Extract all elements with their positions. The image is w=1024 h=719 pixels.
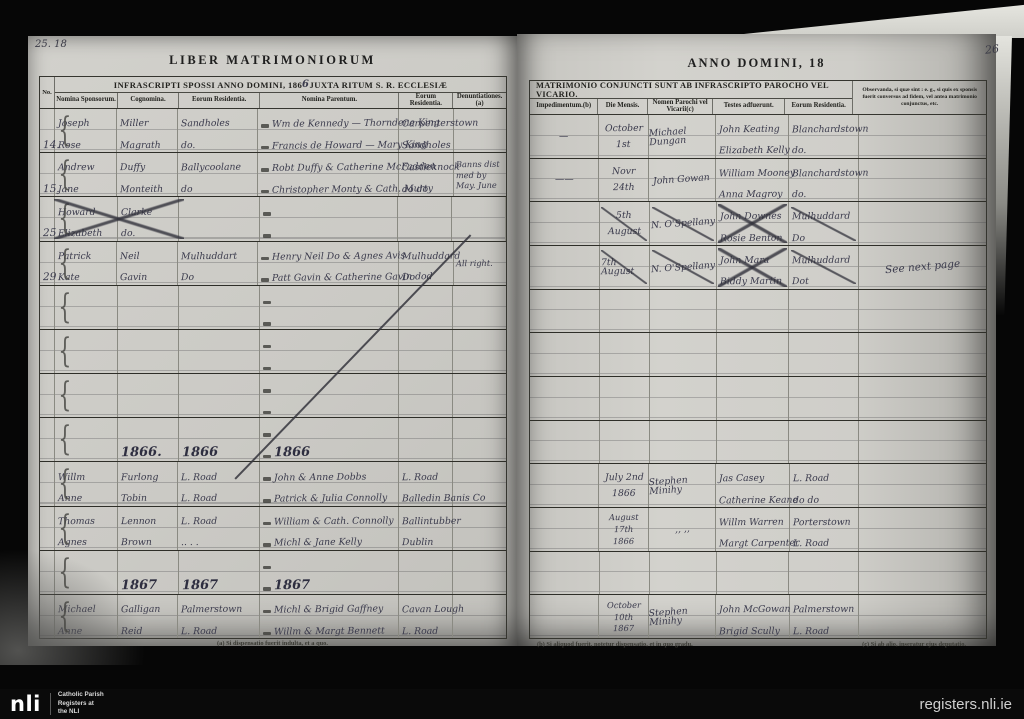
cell-parochus: John Gowan (649, 159, 716, 202)
writing-line: L. Road (790, 617, 858, 638)
entry-text: L. Road (793, 627, 829, 637)
writing-line: Joseph (55, 109, 116, 131)
printed-mark (261, 124, 269, 128)
writing-line (40, 418, 54, 461)
entry-text: N. O'Spellany (650, 260, 715, 274)
writing-line: John McGowan (716, 595, 789, 616)
writing-line: Monteith (117, 175, 176, 197)
cell-testes-residentia: PorterstownL. Road (790, 508, 859, 551)
cell-die-mensis: August17th1866 (599, 508, 649, 551)
register-row-group: 7th AugustN. O'SpellanyJohn MaraBiddy Ma… (530, 246, 986, 290)
entry-text: Palmerstown (181, 605, 242, 615)
register-row-group: { (40, 330, 506, 374)
writing-line: do do (399, 175, 453, 197)
entry-text: Stephen Minihy (649, 605, 716, 628)
writing-line (717, 290, 789, 311)
entry-text: Furlong (121, 472, 159, 482)
register-row-group: ——Novr24thJohn GowanWilliam MooneyAnna M… (530, 159, 986, 203)
writing-line (399, 307, 452, 329)
cell-observanda (859, 508, 986, 551)
printed-mark (263, 566, 271, 570)
entry-text: Do (402, 273, 415, 282)
register-row-group (530, 290, 986, 334)
entry-text: — (559, 132, 568, 141)
cell-die-mensis (600, 552, 650, 595)
cell-testes: William MooneyAnna Magroy (716, 159, 790, 202)
cell-parochus (650, 333, 717, 376)
photo-corner-shadow (0, 545, 150, 665)
cell-residentia: 1867 (179, 551, 261, 594)
entry-text: do do (793, 496, 819, 506)
writing-line: Gavin (117, 263, 176, 285)
writing-line (260, 286, 398, 308)
cell-row-number (40, 330, 55, 373)
writing-line: John Mara (717, 246, 789, 267)
date-lines: 7th August (600, 246, 649, 289)
cell-parentes: John & Anne DobbsPatrick & Julia Connoll… (260, 462, 399, 505)
entry-text: Dot (792, 277, 809, 286)
cell-die-mensis: July 2nd1866 (599, 464, 649, 507)
printed-mark (263, 322, 271, 326)
writing-line (398, 219, 451, 241)
writing-line: Robt Duffy & Catherine McFadden (258, 153, 398, 175)
writing-line: L. Road (178, 616, 258, 638)
printed-mark (263, 543, 271, 547)
denunt-note (453, 507, 506, 550)
writing-line: L. Road (790, 464, 858, 485)
writing-line: Wm de Kennedy — Thorndene King (258, 109, 398, 131)
cell-testes: John KeatingElizabeth Kelly (716, 115, 790, 158)
writing-line (118, 286, 178, 308)
cell-row-number (40, 374, 55, 417)
cell-testes-residentia (789, 333, 859, 376)
cell-observanda (859, 595, 986, 638)
writing-line (260, 374, 398, 396)
writing-line: Palmerstown (178, 595, 258, 617)
cell-observanda (859, 421, 986, 464)
writing-line (717, 442, 789, 463)
entry-text: Thomas (58, 517, 95, 527)
date-lines: July 2nd1866 (599, 464, 648, 507)
entry-text: John McGowan (719, 605, 791, 615)
writing-line (260, 219, 398, 241)
writing-line: Porterstown (790, 508, 858, 529)
date-line: October (605, 123, 643, 133)
date-line: 5th (616, 211, 632, 220)
cell-sponsus (55, 330, 118, 373)
entry-text: Michl & Jane Kelly (274, 538, 362, 548)
writing-line (399, 440, 452, 462)
printed-mark (261, 168, 269, 172)
printed-mark (261, 146, 269, 150)
writing-line: 1867 (179, 572, 260, 594)
column-header: Cognomina. (118, 93, 179, 108)
entry-text: Stephen Minihy (649, 474, 716, 497)
cell-residentia: L. Road.. . . (178, 507, 259, 550)
entry-text: L. Road (181, 494, 217, 504)
impedimentum-mark: — (530, 115, 598, 158)
printed-mark (263, 234, 271, 238)
cell-parentes-residentia (399, 286, 453, 329)
writing-line (55, 418, 117, 440)
date-line: October (607, 601, 641, 610)
writing-line: 25 (40, 197, 54, 240)
writing-line: John Keating (716, 115, 789, 136)
cell-row-number: 29 (40, 242, 55, 285)
writing-line: Elizabeth Kelly (716, 136, 789, 157)
writing-line: Duffy (117, 153, 176, 175)
writing-line (40, 462, 54, 505)
column-header-number: No. (40, 77, 55, 108)
cell-residentia: PalmerstownL. Road (178, 595, 259, 638)
cell-denuntiationes (453, 595, 506, 638)
writing-line (55, 396, 117, 418)
denunt-note (453, 330, 506, 373)
cell-denuntiationes (453, 507, 506, 550)
writing-line: 29 (40, 242, 54, 285)
cell-parentes-residentia (399, 330, 453, 373)
printed-mark (263, 477, 271, 481)
entry-text: L. Road (181, 517, 217, 527)
entry-text: N. O'Spellany (650, 217, 715, 231)
date-lines: October1st (599, 115, 648, 158)
writing-line (717, 355, 789, 376)
entry-text: Margt Carpenter (719, 539, 799, 549)
cell-observanda (859, 333, 986, 376)
cell-parentes (260, 330, 399, 373)
entry-text: do. (792, 190, 806, 199)
writing-line: L. Road (790, 529, 858, 550)
writing-line (118, 307, 178, 329)
writing-line (40, 286, 54, 329)
footnote-c: (c) Si ab alio, inseratur ejus deputatio… (862, 641, 966, 648)
entry-text: Blanchardstown (792, 168, 869, 178)
writing-line: 1866. (118, 440, 178, 462)
cell-testes (717, 421, 790, 464)
entry-text: Tobin (121, 494, 147, 504)
writing-line (260, 551, 398, 573)
printed-mark (263, 301, 271, 305)
writing-line: Blanchardstown (789, 159, 858, 180)
cell-parentes: 1867 (260, 551, 399, 594)
column-header: Nomina Sponsorum. (55, 93, 118, 108)
entry-text: Duffy (120, 163, 145, 173)
cell-row-number: 25 (40, 197, 55, 240)
cell-cognomen: MillerMagrath (117, 109, 177, 152)
writing-line: Mulhuddard (789, 202, 858, 223)
right-footnotes: (b) Si aliquod fuerit, notetur dispensat… (537, 641, 966, 648)
entry-text: See next page (884, 259, 960, 276)
printed-mark (263, 499, 271, 503)
entry-text: Miller (120, 119, 148, 129)
date-line: 1866 (612, 489, 636, 499)
writing-line (399, 396, 452, 418)
writing-line: Henry Neil Do & Agnes Avis (258, 242, 398, 264)
writing-line (399, 330, 452, 352)
left-page-title: LIBER MATRIMONIORUM (28, 53, 517, 68)
cell-denuntiationes (453, 286, 506, 329)
entry-text: L. Road (181, 627, 217, 637)
writing-line (118, 351, 178, 373)
entry-text: 1867 (274, 579, 310, 592)
printed-mark (261, 257, 269, 261)
writing-line (260, 197, 398, 219)
writing-line (399, 572, 452, 594)
cell-parochus (650, 421, 717, 464)
cell-impedimentum (530, 464, 599, 507)
entry-text: Willm & Margt Bennett (274, 626, 385, 636)
writing-line (260, 396, 398, 418)
cell-sponsus (55, 286, 118, 329)
impedimentum-mark: —— (530, 159, 598, 202)
cell-testes (717, 377, 790, 420)
writing-line: William Mooney (716, 159, 789, 180)
writing-line: Do (789, 224, 858, 245)
writing-line: do. (178, 131, 258, 153)
writing-line: Neil (117, 242, 176, 264)
priest-name: N. O'Spellany (650, 246, 716, 289)
writing-line: Patrick (55, 242, 116, 264)
printed-mark (263, 522, 271, 526)
printed-mark (263, 455, 271, 459)
cell-parentes: Robt Duffy & Catherine McFaddenChristoph… (258, 153, 399, 196)
writing-line: Ballycoolane (178, 153, 258, 175)
writing-line: 1867 (260, 572, 398, 594)
next-page-edge (726, 2, 1024, 38)
footer-caption: Catholic Parish Registers at the NLI (58, 691, 104, 717)
cell-parentes: 1866 (260, 418, 399, 461)
cell-testes-residentia: MulhuddardDot (789, 246, 859, 289)
writing-line (55, 351, 117, 373)
cell-denuntiationes (453, 374, 506, 417)
cell-die-mensis (600, 421, 650, 464)
register-row-group: 5thAugustN. O'SpellanyJohn DownesRosie B… (530, 202, 986, 246)
writing-line (789, 573, 858, 594)
entry-text: Biddy Martin (720, 277, 782, 287)
writing-line: L. Road (178, 507, 258, 529)
register-row-group: August17th1866,, ,,Willm WarrenMargt Car… (530, 508, 986, 552)
date-lines: 5thAugust (600, 202, 649, 245)
writing-line: Mulhuddard (789, 246, 858, 267)
cell-sponsus (55, 374, 118, 417)
writing-line (399, 418, 452, 440)
cell-impedimentum: —— (530, 159, 599, 202)
printed-mark (263, 610, 271, 614)
writing-line (55, 286, 117, 308)
column-header: Die Mensis. (598, 99, 647, 114)
writing-line (717, 552, 789, 573)
cell-testes-residentia (789, 290, 859, 333)
entry-text: Willm Warren (719, 518, 784, 528)
entry-text: do (181, 185, 193, 194)
cell-parochus (650, 290, 717, 333)
entry-text: William Mooney (719, 168, 795, 178)
cell-die-mensis: 7th August (600, 246, 650, 289)
column-header: Nomen Parochi vel Vicarii(c) (648, 99, 714, 114)
cell-denuntiationes (453, 418, 506, 461)
cell-testes: John MaraBiddy Martin (717, 246, 790, 289)
column-header: Eorum Residentia. (399, 93, 453, 108)
writing-line: Anne (55, 484, 117, 506)
writing-line (789, 377, 858, 398)
cell-sponsus: PatrickKate (55, 242, 117, 285)
cell-sponsus: JosephRose (55, 109, 117, 152)
register-row-group (530, 377, 986, 421)
priest-name: John Gowan (649, 159, 715, 202)
writing-line: Palmerstown (790, 595, 858, 616)
cell-parochus (650, 552, 717, 595)
entry-text: —— (555, 175, 574, 184)
cell-parentes-residentia (399, 374, 453, 417)
denunt-note (452, 197, 505, 240)
right-table-header: MATRIMONIO CONJUNCTI SUNT AB INFRASCRIPT… (530, 81, 853, 114)
writing-line: Rosie Benton (717, 224, 789, 245)
cell-testes (717, 333, 790, 376)
writing-line (789, 442, 858, 463)
writing-line (717, 398, 789, 419)
writing-line: Willm (55, 462, 117, 484)
cell-residentia: Sandholesdo. (178, 109, 259, 152)
cell-cognomen: DuffyMonteith (117, 153, 177, 196)
cell-impedimentum (530, 377, 600, 420)
writing-line: Willm & Margt Bennett (260, 616, 398, 638)
cell-denuntiationes: Banns distmed byMay. June (454, 153, 506, 196)
writing-line (179, 219, 259, 241)
writing-line: Jas Casey (716, 464, 789, 485)
cell-testes: John McGowanBrigid Scully (716, 595, 790, 638)
cell-residentia (179, 197, 260, 240)
register-viewer: 25. 18 LIBER MATRIMONIORUM No. INFRASCRI… (0, 0, 1024, 719)
entry-text: Rosie Benton (720, 233, 783, 243)
subtitle-printed-post: JUXTA RITUM S. R. ECCLESIÆ (310, 80, 448, 90)
cell-parochus: N. O'Spellany (650, 202, 717, 245)
writing-line: Sandholes (399, 131, 453, 153)
denunt-note (453, 418, 506, 461)
writing-line: Balledin Banis Co (399, 484, 453, 506)
writing-line: Andrew (55, 153, 116, 175)
register-row-group: {29PatrickKateNeilGavinMulhuddartDoHenry… (40, 242, 506, 286)
cell-observanda (859, 552, 986, 595)
date-line: 17th (614, 525, 633, 533)
cell-die-mensis: Novr24th (599, 159, 649, 202)
cell-denuntiationes (453, 551, 506, 594)
cell-row-number: 15. (40, 153, 55, 196)
entry-text: Ballintubber (402, 517, 461, 527)
writing-line: 15. (40, 153, 54, 196)
entry-text: Michl & Brigid Gaffney (274, 605, 383, 615)
viewer-footer-bar: nli Catholic Parish Registers at the NLI… (0, 689, 1024, 719)
denunt-note (454, 109, 506, 152)
denunt-note (453, 595, 506, 638)
writing-line (118, 374, 178, 396)
writing-line: L. Road (399, 462, 453, 484)
writing-line: Castleknock (399, 153, 453, 175)
writing-line (55, 330, 117, 352)
entry-text: 1866 (274, 446, 310, 459)
cell-residentia (179, 374, 261, 417)
footnote-b: (b) Si aliquod fuerit, notetur dispensat… (537, 641, 693, 648)
viewer-url: registers.nli.ie (919, 696, 1012, 713)
denunt-line: Banns dist (456, 159, 500, 170)
caption-line: Catholic Parish (58, 691, 104, 700)
date-line: 7th August (600, 258, 647, 277)
entry-text: Catherine Keane (719, 495, 798, 505)
cell-parentes (260, 286, 399, 329)
register-row-group: July 2nd1866Stephen MinihyJas CaseyCathe… (530, 464, 986, 508)
entry-text: Joseph (58, 119, 90, 129)
writing-line (399, 286, 452, 308)
column-header: Eorum Residentia. (179, 93, 261, 108)
writing-line: William & Cath. Connolly (260, 507, 398, 529)
writing-line (260, 351, 398, 373)
printed-mark (263, 389, 271, 393)
denunt-note (453, 374, 506, 417)
date-lines: Novr24th (599, 159, 648, 202)
printed-mark (263, 587, 271, 591)
date-lines: October10th1867 (599, 595, 648, 638)
cell-parentes: Wm de Kennedy — Thorndene KingFrancis de… (258, 109, 399, 152)
column-header: Eorum Residentia. (785, 99, 852, 114)
writing-line (789, 552, 858, 573)
writing-line: Willm Warren (716, 508, 789, 529)
entry-text: Anne (58, 494, 82, 504)
entry-text: Brigid Scully (719, 626, 780, 636)
writing-line: Michl & Brigid Gaffney (260, 595, 398, 617)
writing-line (789, 333, 858, 354)
writing-line (55, 374, 117, 396)
entry-text: Mulhuddard (792, 212, 850, 222)
writing-line (717, 333, 789, 354)
denunt-line: med by (456, 169, 486, 180)
priest-name: ,, ,, (649, 508, 715, 551)
cell-testes (717, 290, 790, 333)
writing-line: do do (790, 486, 858, 507)
writing-line (55, 440, 117, 462)
entry-text: L. Road (402, 627, 438, 637)
writing-line (179, 286, 260, 308)
cell-testes: John DownesRosie Benton (717, 202, 790, 245)
priest-name: Michael Dungan (649, 115, 715, 158)
writing-line (40, 507, 54, 550)
cell-parentes (260, 197, 399, 240)
cell-parentes: Michl & Brigid GaffneyWillm & Margt Benn… (260, 595, 399, 638)
printed-mark (261, 278, 269, 282)
writing-line: Carpenterstown (399, 109, 453, 131)
register-row-group (530, 552, 986, 596)
cell-observanda (859, 202, 986, 245)
left-table-header: INFRASCRIPTI SPOSSI ANNO DOMINI, 1866 JU… (55, 77, 506, 108)
printed-mark (263, 411, 271, 415)
date-line: 10th (614, 612, 633, 620)
entry-text: Ballycoolane (181, 163, 241, 173)
denunt-note (453, 551, 506, 594)
column-header: Denuntiationes.(a) (453, 93, 506, 108)
left-column-headers: Nomina Sponsorum.Cognomina.Eorum Residen… (55, 93, 506, 108)
cell-cognomen: NeilGavin (117, 242, 177, 285)
right-page-number: 26 (984, 42, 999, 56)
right-table-title: MATRIMONIO CONJUNCTI SUNT AB INFRASCRIPT… (530, 81, 852, 99)
writing-line: Brigid Scully (716, 617, 789, 638)
column-header: Impedimentum.(b) (530, 99, 598, 114)
cell-cognomen: LennonBrown (118, 507, 179, 550)
writing-line: Christopher Monty & Cath. Murty (258, 175, 398, 197)
entry-text: John & Anne Dobbs (274, 472, 366, 482)
date-line: July 2nd (605, 473, 644, 483)
register-row-group: { (40, 286, 506, 330)
date-line: 1867 (613, 624, 634, 633)
cell-parochus (650, 377, 717, 420)
writing-line (399, 374, 452, 396)
